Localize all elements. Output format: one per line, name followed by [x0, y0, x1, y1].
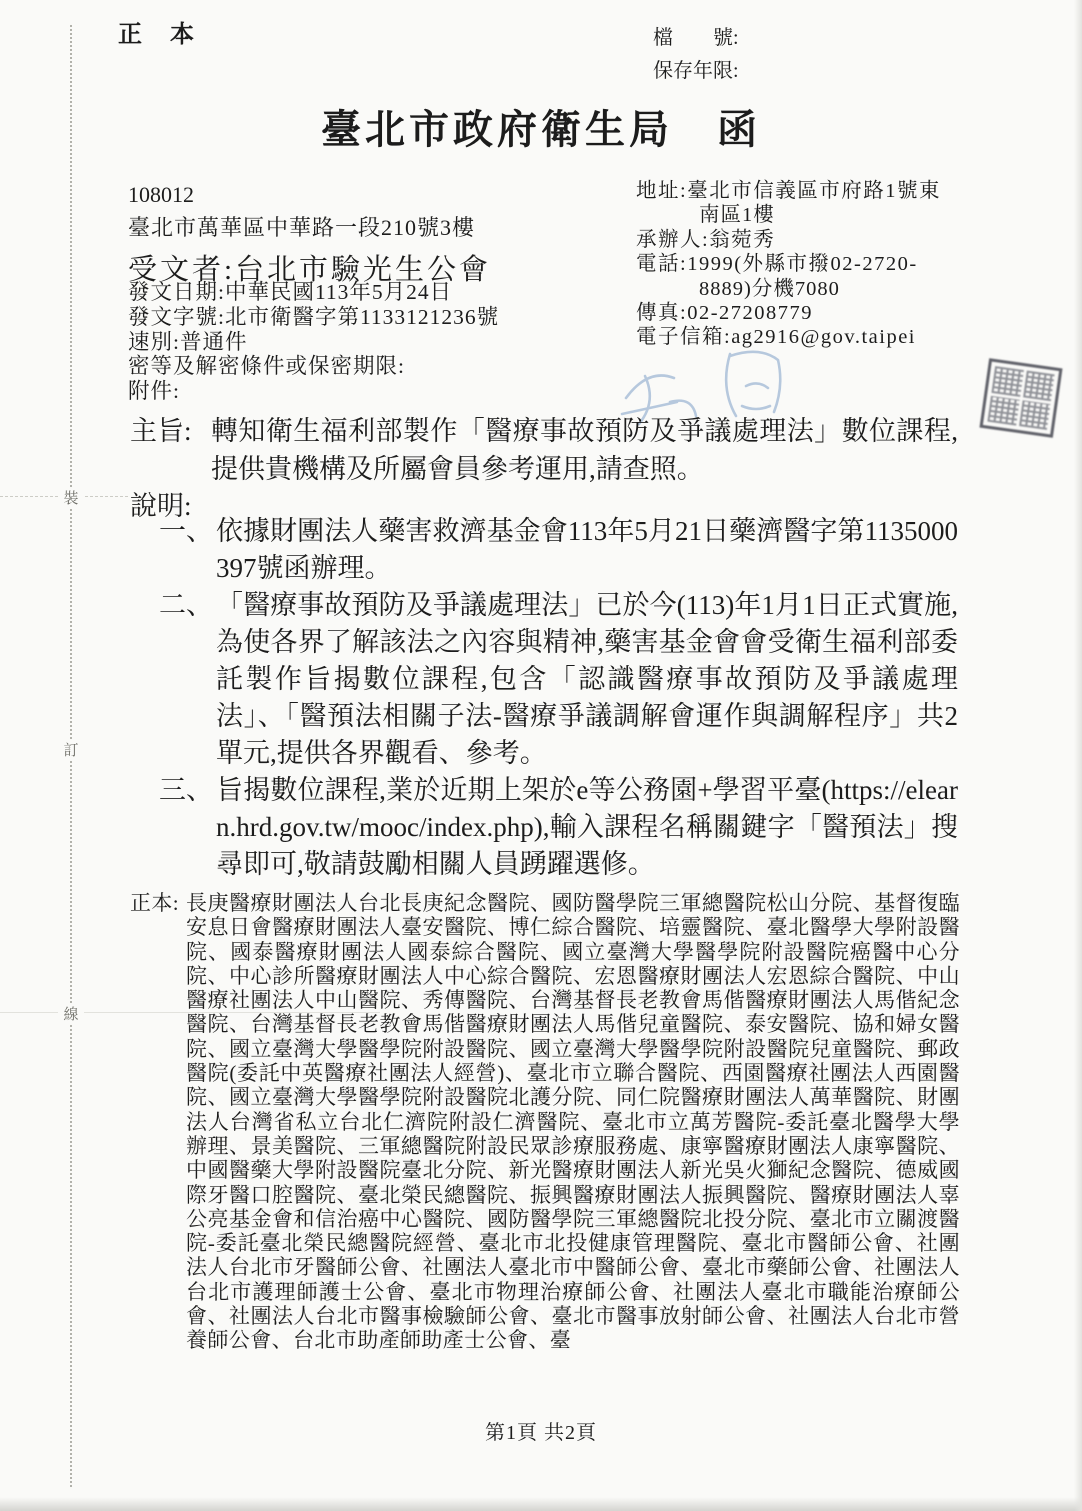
subject-label: 主旨: — [130, 412, 211, 488]
seal-glyph-block — [1023, 370, 1055, 400]
seal-glyph-block — [1019, 400, 1051, 430]
cc-list-row: 正本: 長庚醫療財團法人台北長庚紀念醫院、國防醫學院三軍總醫院松山分院、基督復臨… — [130, 891, 960, 1353]
page-number-indicator: 第1頁 共2頁 — [0, 1416, 1082, 1445]
contact-phone-line1: 電話:1999(外縣市撥02-2720- — [636, 252, 996, 276]
explanation-item-3: 三、 旨揭數位課程,業於近期上架於e等公務園+學習平臺(https://elea… — [159, 772, 958, 883]
contact-address-line2: 南區1樓 — [636, 203, 996, 227]
recipient-zip-code: 108012 — [128, 182, 491, 208]
meta-issue-number: 發文字號:北市衛醫字第1133121236號 — [128, 305, 499, 330]
binding-mark-xian: 線 — [58, 1003, 84, 1024]
recipient-address: 臺北市萬華區中華路一段210號3樓 — [128, 211, 491, 242]
contact-phone-line2: 8889)分機7080 — [636, 277, 996, 301]
seal-glyph-block — [992, 366, 1024, 396]
item-text: 旨揭數位課程,業於近期上架於e等公務園+學習平臺(https://elearn.… — [216, 772, 958, 883]
meta-security-class: 密等及解密條件或保密期限: — [128, 354, 499, 379]
edge-seal-frame — [979, 358, 1062, 438]
cc-label: 正本: — [130, 891, 186, 1353]
explanation-item-1: 一、 依據財團法人藥害救濟基金會113年5月21日藥濟醫字第1135000397… — [159, 513, 958, 587]
binding-mark-zhuang: 裝 — [58, 487, 84, 508]
binding-mark-ding: 訂 — [58, 739, 84, 760]
contact-person: 承辦人:翁菀秀 — [636, 228, 996, 252]
retention-period-label: 保存年限: — [653, 55, 739, 88]
contact-address-line1: 地址:臺北市信義區市府路1號東 — [636, 179, 996, 203]
page-title: 臺北市政府衛生局 函 — [0, 98, 1082, 155]
edge-seal-stamp — [979, 358, 1062, 438]
subject-row: 主旨: 轉知衛生福利部製作「醫療事故預防及爭議處理法」數位課程,提供貴機構及所屬… — [130, 412, 958, 488]
copy-type-label: 正本 — [118, 14, 222, 49]
item-text: 「醫療事故預防及爭議處理法」已於今(113)年1月1日正式實施,為使各界了解該法… — [216, 587, 958, 772]
item-number: 三、 — [159, 772, 216, 883]
explanation-items: 一、 依據財團法人藥害救濟基金會113年5月21日藥濟醫字第1135000397… — [159, 513, 958, 883]
scan-bottom-edge — [0, 1497, 1082, 1511]
file-info-block: 檔 號: 保存年限: — [653, 22, 739, 88]
meta-speed-class: 速別:普通件 — [128, 330, 499, 355]
meta-attachment: 附件: — [128, 379, 499, 404]
contact-fax: 傳真:02-27208779 — [636, 301, 996, 325]
scan-right-edge — [1074, 0, 1082, 1511]
item-number: 一、 — [159, 513, 216, 587]
file-number-label: 檔 號: — [653, 22, 739, 55]
subject-text: 轉知衛生福利部製作「醫療事故預防及爭議處理法」數位課程,提供貴機構及所屬會員參考… — [211, 412, 958, 488]
explanation-item-2: 二、 「醫療事故預防及爭議處理法」已於今(113)年1月1日正式實施,為使各界了… — [159, 587, 958, 772]
item-number: 二、 — [159, 587, 216, 772]
recipient-block: 108012 臺北市萬華區中華路一段210號3樓 受文者:台北市驗光生公會 — [128, 182, 491, 288]
document-meta-block: 發文日期:中華民國113年5月24日 發文字號:北市衛醫字第1133121236… — [128, 280, 499, 404]
cc-recipient-list: 長庚醫療財團法人台北長庚紀念醫院、國防醫學院三軍總醫院松山分院、基督復臨安息日會… — [186, 891, 960, 1353]
meta-issue-date: 發文日期:中華民國113年5月24日 — [128, 280, 499, 305]
item-text: 依據財團法人藥害救濟基金會113年5月21日藥濟醫字第1135000397號函辦… — [216, 513, 958, 587]
seal-glyph-block — [987, 395, 1019, 425]
sender-contact-block: 地址:臺北市信義區市府路1號東 南區1樓 承辦人:翁菀秀 電話:1999(外縣市… — [636, 179, 996, 350]
scanned-official-letter-page: 裝 訂 線 正本 檔 號: 保存年限: 臺北市政府衛生局 函 108012 臺北… — [0, 0, 1082, 1511]
